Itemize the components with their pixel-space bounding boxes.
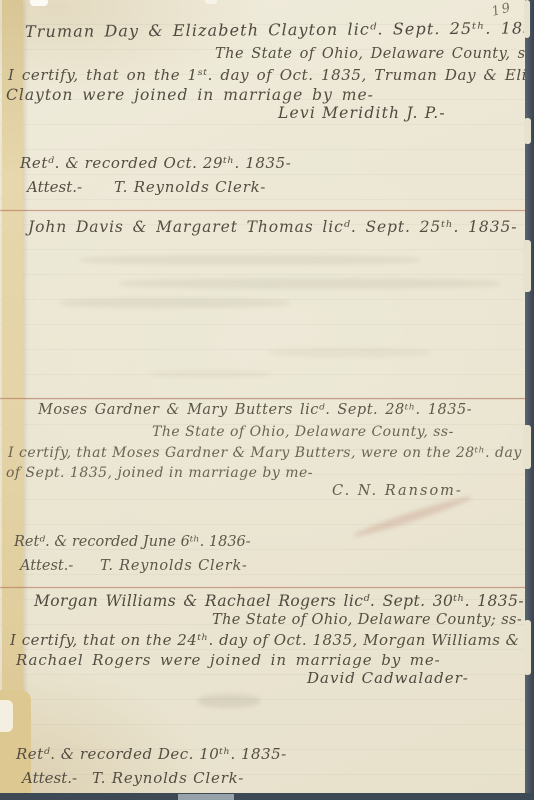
paper-edge-notch — [523, 240, 531, 292]
bleed-through-smudge — [80, 255, 420, 265]
clerk-signature: T. Reynolds Clerk- — [100, 558, 248, 574]
certification-line: of Sept. 1835, joined in marriage by me- — [6, 465, 313, 481]
officiant-signature: David Cadwalader- — [307, 669, 469, 687]
record-entry: Truman Day & Elizabeth Clayton licᵈ. Sep… — [25, 18, 534, 41]
page-number: 19 — [490, 0, 514, 20]
state-county-line: The State of Ohio, Delaware County, ss- — [152, 424, 454, 440]
return-recorded-line: Retᵈ. & recorded Dec. 10ᵗʰ. 1835- — [16, 745, 287, 763]
red-ruled-line — [0, 210, 534, 211]
record-entry: John Davis & Margaret Thomas licᵈ. Sept.… — [28, 218, 517, 236]
certification-line: I certify, that on the 1ˢᵗ. day of Oct. … — [8, 66, 534, 84]
ink-stain — [352, 493, 474, 540]
paper-edge-notch — [524, 620, 531, 675]
attest-label: Attest.- — [22, 769, 77, 787]
clerk-signature: T. Reynolds Clerk- — [114, 178, 266, 196]
red-ruled-line — [0, 398, 534, 399]
state-county-line: The State of Ohio, Delaware County; ss- — [212, 612, 522, 628]
paper-notch — [30, 0, 48, 6]
state-county-line: The State of Ohio, Delaware County, ss- — [215, 46, 534, 62]
red-ruled-line — [0, 587, 534, 588]
record-entry: Morgan Williams & Rachael Rogers licᵈ. S… — [34, 592, 524, 610]
bleed-through-smudge — [150, 370, 270, 378]
paper-edge-notch — [523, 425, 531, 469]
bleed-through-smudge — [60, 298, 290, 308]
certification-line: I certify, that Moses Gardner & Mary But… — [8, 445, 522, 461]
record-entry: Moses Gardner & Mary Butters licᵈ. Sept.… — [38, 402, 472, 418]
clerk-signature: T. Reynolds Clerk- — [92, 769, 244, 787]
bleed-through-smudge — [270, 348, 430, 357]
attest-label: Attest.- — [27, 178, 82, 196]
officiant-signature: C. N. Ransom- — [332, 483, 463, 499]
paper-edge-notch — [524, 0, 530, 38]
ledger-page: 19 Truman Day & Elizabeth Clayton licᵈ. … — [0, 0, 534, 800]
attest-label: Attest.- — [20, 558, 73, 574]
binding-tape — [2, 0, 23, 800]
officiant-signature: Levi Meridith J. P.- — [278, 104, 446, 122]
paper-notch — [0, 700, 13, 732]
certification-line: Rachael Rogers were joined in marriage b… — [16, 651, 441, 669]
scan-edge-gap — [178, 794, 234, 800]
return-recorded-line: Retᵈ. & recorded Oct. 29ᵗʰ. 1835- — [20, 154, 291, 172]
bleed-through-smudge — [120, 278, 500, 289]
scan-edge-bottom — [0, 793, 534, 800]
certification-line: I certify, that on the 24ᵗʰ. day of Oct.… — [10, 631, 520, 649]
certification-line: Clayton were joined in marriage by me- — [6, 86, 374, 104]
paper-notch — [205, 0, 217, 4]
paper-edge-notch — [524, 118, 531, 144]
bleed-through-smudge — [198, 694, 260, 708]
return-recorded-line: Retᵈ. & recorded June 6ᵗʰ. 1836- — [14, 534, 251, 550]
